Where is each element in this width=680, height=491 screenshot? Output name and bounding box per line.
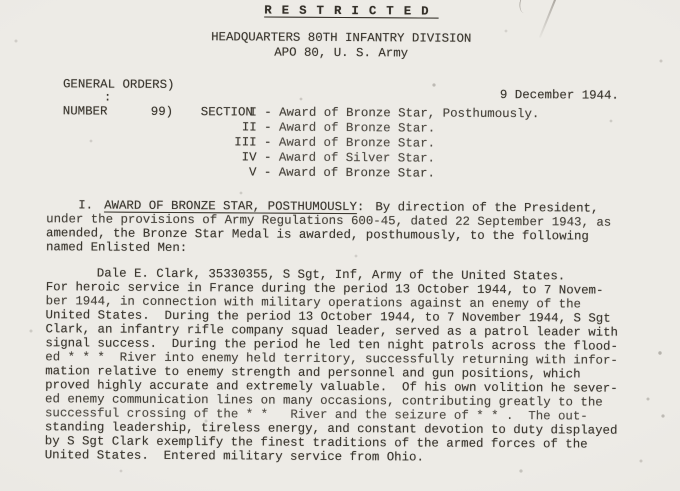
section-index-list: I - Award of Bronze Star, Posthumously. … <box>230 105 539 182</box>
section-numeral: I <box>231 105 257 120</box>
classification-banner: RESTRICTED <box>1 2 680 20</box>
section-dash: - <box>256 165 278 179</box>
scanned-document-page: RESTRICTED HEADQUARTERS 80TH INFANTRY DI… <box>0 0 680 491</box>
section-dash: - <box>257 120 279 134</box>
orders-colon: : <box>104 91 112 105</box>
section-title: Award of Silver Star. <box>279 151 435 166</box>
section-numeral: III <box>231 135 257 150</box>
section-dash: - <box>256 150 278 164</box>
section-title: Award of Bronze Star, Posthumously. <box>279 106 539 122</box>
apo-address-line: APO 80, U. S. Army <box>1 44 680 62</box>
paragraph-heading: AWARD OF BRONZE STAR, POSTHUMOUSLY <box>104 199 357 215</box>
section-numeral: V <box>230 165 256 180</box>
section-dash: - <box>257 135 279 149</box>
section-title: Award of Bronze Star. <box>279 166 435 181</box>
section-dash: - <box>257 105 279 119</box>
intro-line: By direction of the President, <box>375 200 598 215</box>
section-title: Award of Bronze Star. <box>279 136 435 151</box>
document-content: RESTRICTED HEADQUARTERS 80TH INFANTRY DI… <box>0 0 680 491</box>
paragraph-numeral: I. <box>78 198 93 212</box>
number-value: 99) <box>151 105 173 119</box>
section-numeral: II <box>231 120 257 135</box>
paragraph-heading-colon: : <box>357 200 365 214</box>
section-title: Award of Bronze Star. <box>279 121 435 136</box>
section-index-row: V - Award of Bronze Star. <box>230 165 539 182</box>
section-one-intro: I.AWARD OF BRONZE STAR, POSTHUMOUSLY:By … <box>46 198 656 258</box>
number-label: NUMBER <box>63 104 108 118</box>
section-numeral: IV <box>230 150 256 165</box>
general-orders-label: GENERAL ORDERS) <box>63 77 175 92</box>
citation-paragraph: Dale E. Clark, 35330355, S Sgt, Inf, Arm… <box>45 266 666 466</box>
order-date: 9 December 1944. <box>500 88 619 103</box>
